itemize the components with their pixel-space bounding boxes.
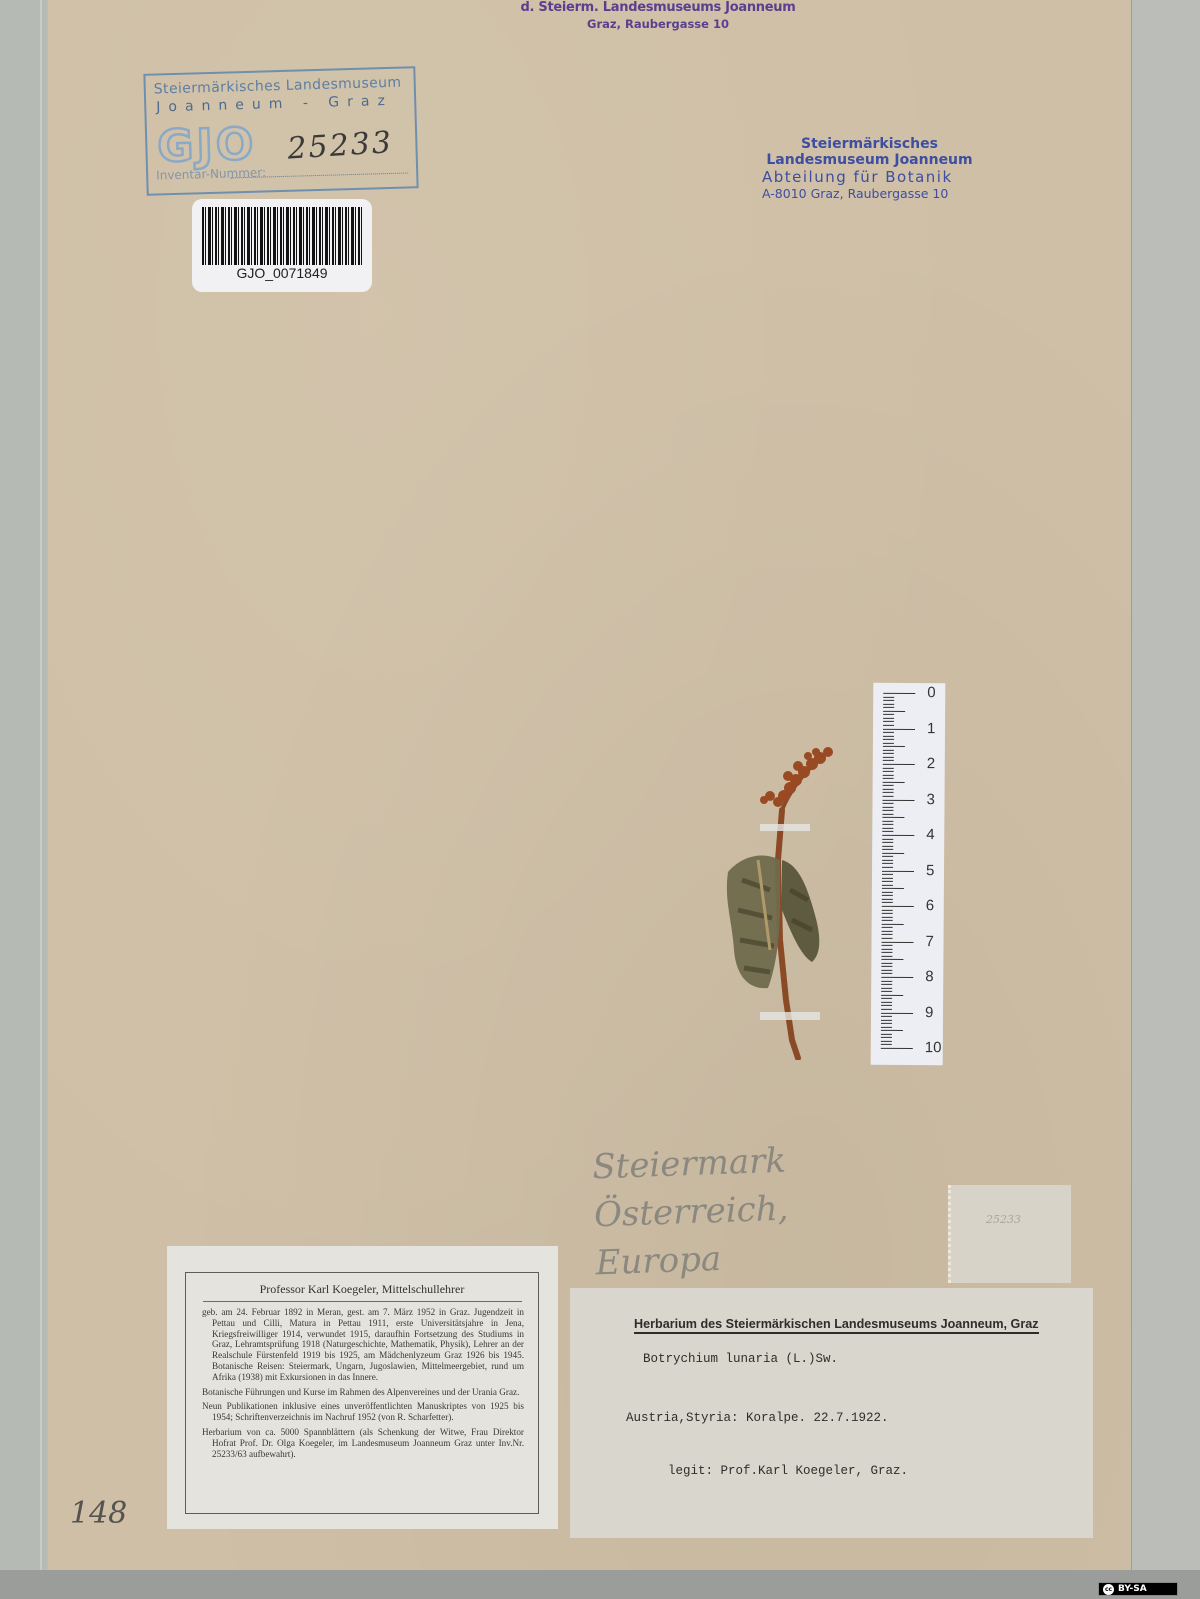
ruler-label: 2 xyxy=(927,755,935,772)
barcode-icon xyxy=(202,207,362,265)
ruler-label: 10 xyxy=(925,1039,942,1056)
license-badge[interactable]: cc BY-SA xyxy=(1098,1582,1178,1596)
scanner-background-right xyxy=(1131,0,1200,1599)
scanner-background-bottom xyxy=(0,1570,1200,1599)
locality-date: Austria,Styria: Koralpe. 22.7.1922. xyxy=(626,1411,889,1425)
inventory-stamp: Steiermärkisches Landesmuseum Joanneum -… xyxy=(143,66,418,196)
ruler-label: 4 xyxy=(926,826,934,843)
herbarium-label: Herbarium des Steiermärkischen Landesmus… xyxy=(570,1288,1093,1538)
handwritten-locality: Steiermark Österreich, Europa xyxy=(592,1137,791,1288)
specimen-packet: 25233 xyxy=(948,1185,1071,1283)
collector-biography-label: Professor Karl Koegeler, Mittelschullehr… xyxy=(167,1246,558,1529)
biography-title: Professor Karl Koegeler, Mittelschullehr… xyxy=(186,1282,538,1297)
herbarium-sheet: Zoolog.-Botanische Abteilung d. Steierm.… xyxy=(48,0,1132,1570)
botany-department-stamp: Steiermärkisches Landesmuseum Joanneum A… xyxy=(762,136,977,201)
herbarium-header: Herbarium des Steiermärkischen Landesmus… xyxy=(634,1317,1039,1334)
department-stamp: Zoolog.-Botanische Abteilung d. Steierm.… xyxy=(518,0,798,31)
ruler-label: 7 xyxy=(925,933,933,950)
biography-text: geb. am 24. Februar 1892 in Meran, gest.… xyxy=(202,1307,524,1463)
plant-specimen-icon xyxy=(720,740,860,1060)
inventory-number: 25233 xyxy=(286,125,393,167)
ruler-label: 9 xyxy=(925,1004,933,1021)
sheet-number: 148 xyxy=(70,1496,127,1531)
scale-ruler: 012345678910 xyxy=(871,683,946,1065)
ruler-label: 6 xyxy=(926,897,934,914)
ruler-label: 8 xyxy=(925,968,933,985)
barcode-label: GJO_0071849 xyxy=(192,199,372,292)
cc-icon: cc xyxy=(1103,1584,1114,1595)
ruler-label: 1 xyxy=(927,720,935,737)
barcode-id: GJO_0071849 xyxy=(192,265,372,281)
scanner-background-left xyxy=(0,0,46,1599)
collection-code: GJO xyxy=(157,119,257,173)
ruler-label: 0 xyxy=(927,684,935,701)
taxon-name: Botrychium lunaria (L.)Sw. xyxy=(643,1352,838,1366)
ruler-label: 3 xyxy=(926,791,934,808)
collector: legit: Prof.Karl Koegeler, Graz. xyxy=(668,1464,908,1478)
ruler-label: 5 xyxy=(926,862,934,879)
